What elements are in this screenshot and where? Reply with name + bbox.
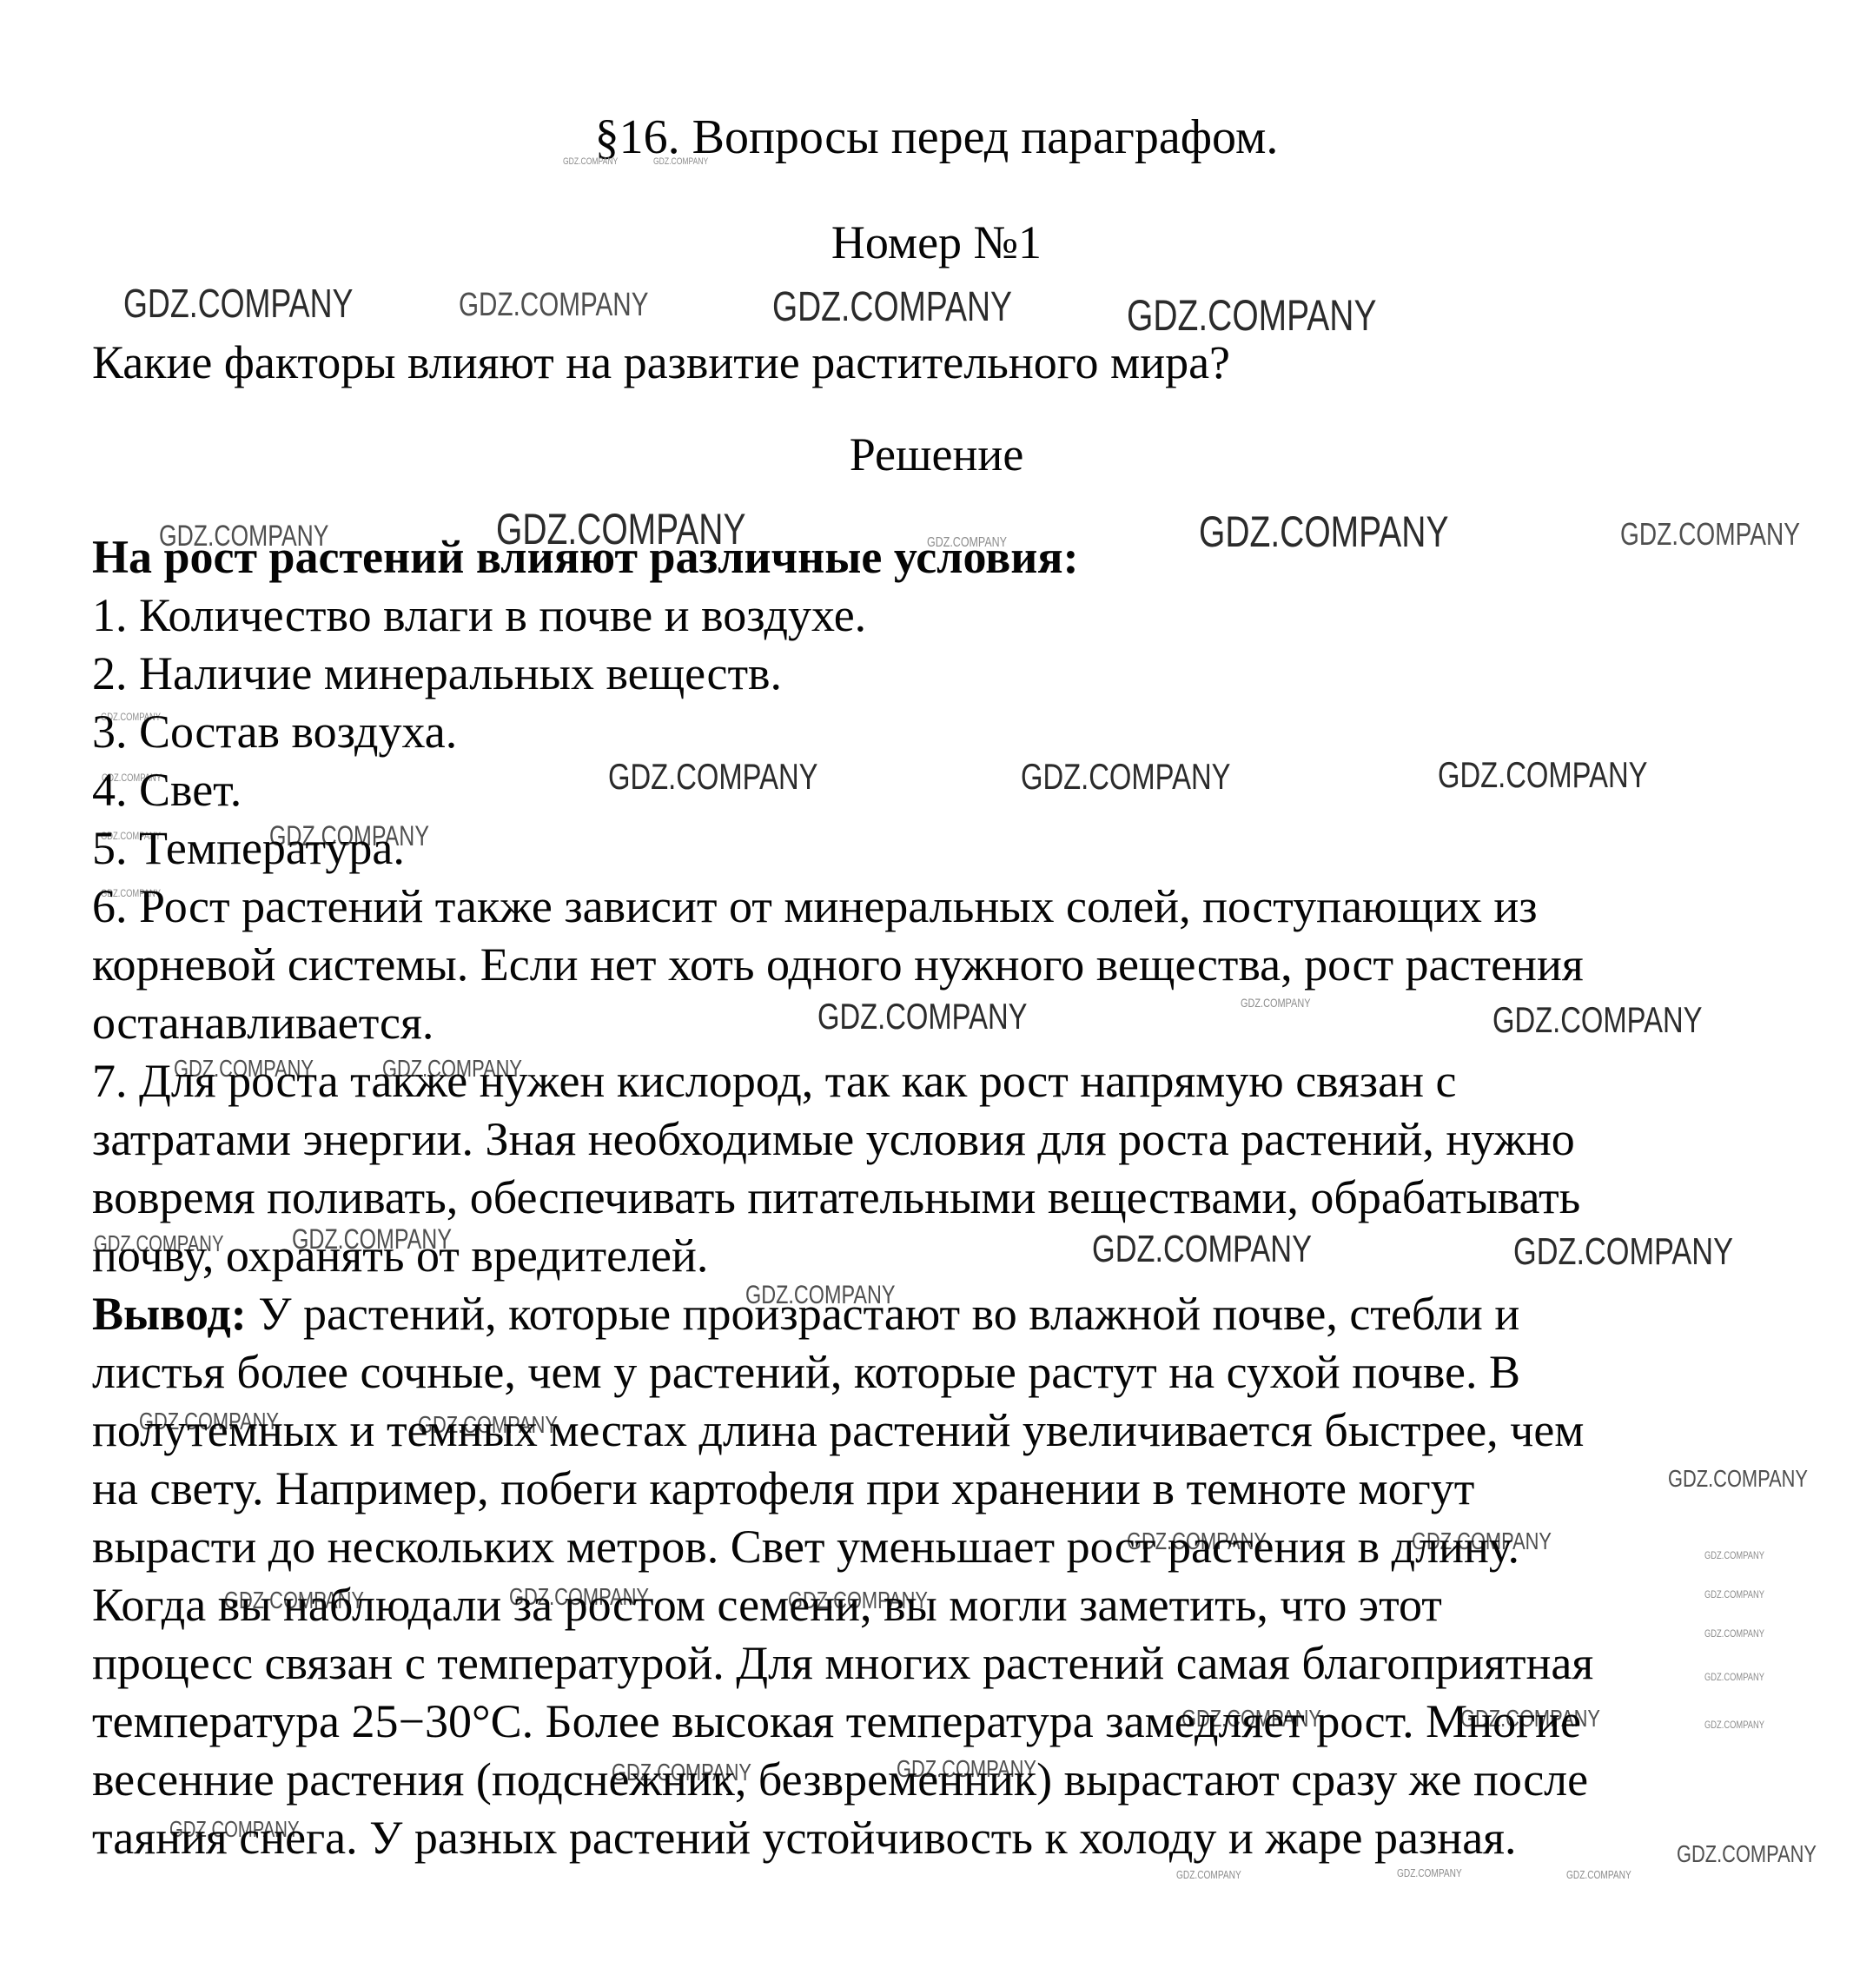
solution-line: 2. Наличие минеральных веществ.	[92, 645, 1821, 703]
solution-line: листья более сочные, чем у растений, кот…	[92, 1343, 1821, 1402]
solution-line: вырасти до нескольких метров. Свет умень…	[92, 1518, 1821, 1576]
solution-line: На рост растений влияют различные услови…	[92, 528, 1821, 586]
gdz-company-watermark: GDZ.COMPANY	[563, 156, 618, 167]
solution-line-bold-prefix: Вывод:	[92, 1288, 247, 1340]
solution-text: На рост растений влияют различные услови…	[92, 528, 1821, 1867]
solution-line: на свету. Например, побеги картофеля при…	[92, 1460, 1821, 1518]
gdz-company-watermark: GDZ.COMPANY	[1397, 1866, 1462, 1879]
solution-line: 3. Состав воздуха.	[92, 703, 1821, 761]
solution-line: температура 25−30°С. Более высокая темпе…	[92, 1693, 1821, 1751]
gdz-company-watermark: GDZ.COMPANY	[1566, 1868, 1631, 1881]
gdz-company-watermark: GDZ.COMPANY	[653, 156, 708, 167]
solution-line: вовремя поливать, обеспечивать питательн…	[92, 1169, 1821, 1227]
solution-line: 6. Рост растений также зависит от минера…	[92, 878, 1821, 936]
gdz-company-watermark: GDZ.COMPANY	[1176, 1868, 1241, 1881]
solution-line: Когда вы наблюдали за ростом семени, вы …	[92, 1576, 1821, 1634]
solution-line: полутемных и темных местах длина растени…	[92, 1402, 1821, 1460]
solution-line: 5. Температура.	[92, 819, 1821, 878]
solution-line: 4. Свет.	[92, 761, 1821, 819]
solution-line: 7. Для роста также нужен кислород, так к…	[92, 1052, 1821, 1110]
solution-line: затратами энергии. Зная необходимые усло…	[92, 1110, 1821, 1169]
solution-line: таяния снега. У разных растений устойчив…	[92, 1809, 1821, 1867]
solution-line: 1. Количество влаги в почве и воздухе.	[92, 586, 1821, 645]
solution-line: корневой системы. Если нет хоть одного н…	[92, 936, 1821, 994]
document-page: GDZ.COMPANYGDZ.COMPANYGDZ.COMPANYGDZ.COM…	[0, 0, 1873, 1988]
gdz-company-watermark: GDZ.COMPANY	[123, 280, 353, 327]
solution-line: Вывод: У растений, которые произрастают …	[92, 1285, 1821, 1343]
solution-line: почву, охранять от вредителей.	[92, 1227, 1821, 1285]
solution-line: останавливается.	[92, 994, 1821, 1052]
solution-line: весенние растения (подснежник, безвремен…	[92, 1751, 1821, 1809]
gdz-company-watermark: GDZ.COMPANY	[772, 283, 1012, 331]
solution-line: процесс связан с температурой. Для многи…	[92, 1634, 1821, 1693]
gdz-company-watermark: GDZ.COMPANY	[1127, 290, 1376, 341]
gdz-company-watermark: GDZ.COMPANY	[459, 287, 648, 324]
